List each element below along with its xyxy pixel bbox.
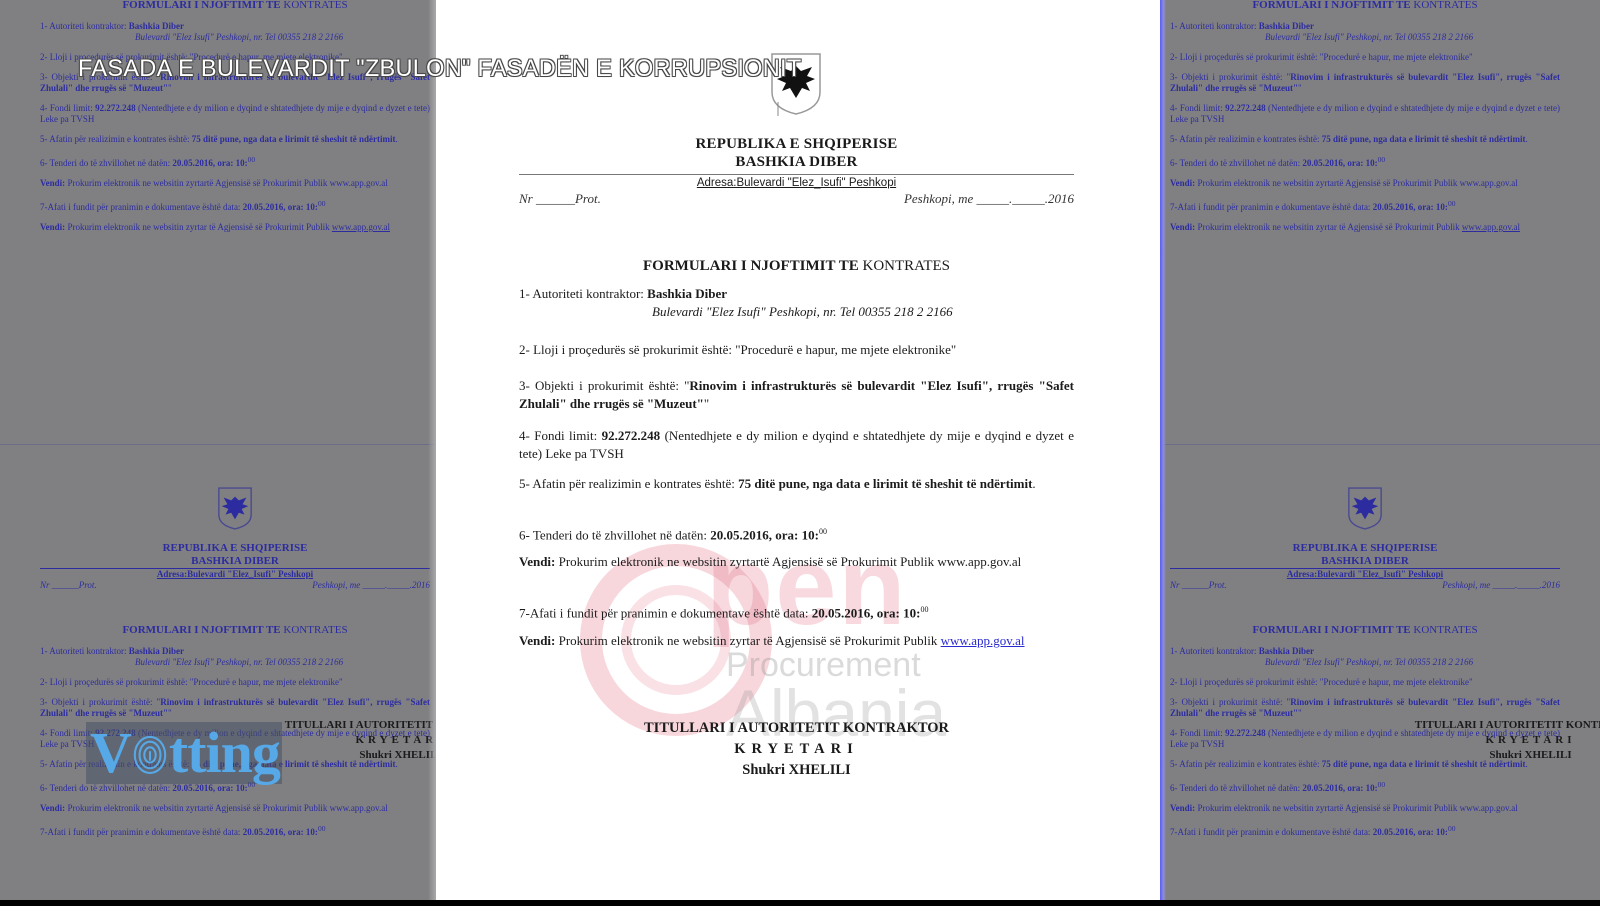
- republic-heading: REPUBLIKA E SHQIPERISE: [519, 135, 1074, 153]
- page-divider: [0, 444, 436, 445]
- left-lower-copy: REPUBLIKA E SHQIPERISE BASHKIA DIBER Adr…: [40, 485, 430, 847]
- item-procurement-object: 3- Objekti i prokurimit është: "Rinovim …: [519, 377, 1074, 413]
- document-header: REPUBLIKA E SHQIPERISE BASHKIA DIBER Adr…: [519, 135, 1074, 191]
- news-headline: FASADA E BULEVARDIT "ZBULON" FASADËN E K…: [78, 55, 802, 83]
- albanian-eagle-crest-icon: [1346, 485, 1384, 531]
- right-dimmed-page-copy: FORMULARI I NJOFTIMIT TE KONTRATES 1- Au…: [1160, 0, 1600, 900]
- signature-title: TITULLARI I AUTORITETIT KONTRAKTOR: [519, 718, 1074, 739]
- vetting-logo: V tting: [86, 722, 282, 784]
- albanian-eagle-crest-icon: [216, 485, 254, 531]
- municipality-heading: BASHKIA DIBER: [519, 153, 1074, 171]
- fingerprint-icon: [131, 732, 169, 776]
- document-date: Peshkopi, me _____._____.2016: [904, 191, 1074, 207]
- document-title: FORMULARI I NJOFTIMIT TE KONTRATES: [519, 258, 1074, 275]
- right-lower-copy: REPUBLIKA E SHQIPERISE BASHKIA DIBER Adr…: [1170, 485, 1560, 847]
- item-venue-2: Vendi: Prokurim elektronik ne websitin z…: [519, 632, 1074, 650]
- reference-line: Nr ______Prot. Peshkopi, me _____._____.…: [519, 191, 1074, 207]
- bottom-edge: [0, 900, 1600, 906]
- item-deadline: 5- Afatin për realizimin e kontrates ësh…: [519, 475, 1074, 493]
- signature-block: TITULLARI I AUTORITETIT KONTRAKTOR KRYET…: [519, 718, 1074, 781]
- page-divider: [1160, 444, 1600, 445]
- item-submission-deadline: 7-Afati i fundit për pranimin e dokument…: [519, 601, 1074, 622]
- item-fund-limit: 4- Fondi limit: 92.272.248 (Nentedhjete …: [519, 427, 1074, 463]
- address-line: Adresa:Bulevardi "Elez_Isufi" Peshkopi: [519, 175, 1074, 191]
- item-contracting-authority: 1- Autoriteti kontraktor: Bashkia Diber …: [519, 285, 1074, 321]
- right-upper-copy: FORMULARI I NJOFTIMIT TE KONTRATES 1- Au…: [1170, 0, 1560, 262]
- item-venue-1: Vendi: Prokurim elektronik ne websitin z…: [519, 553, 1074, 571]
- protocol-number: Nr ______Prot.: [519, 191, 601, 207]
- contract-notice-document: pen Procurement Albania REPUBLIKA E SHQI…: [436, 0, 1160, 900]
- signature-role: KRYETARI: [519, 739, 1074, 760]
- left-upper-copy: FORMULARI I NJOFTIMIT TE KONTRATES 1- Au…: [40, 0, 430, 262]
- signature-name: Shukri XHELILI: [519, 760, 1074, 781]
- item-tender-date: 6- Tenderi do të zhvillohet në datën: 20…: [519, 523, 1074, 544]
- authority-address: Bulevardi "Elez Isufi" Peshkopi, nr. Tel…: [519, 303, 1074, 321]
- app-gov-link[interactable]: www.app.gov.al: [941, 633, 1025, 648]
- item-procedure-type: 2- Lloji i proçedurës së prokurimit ësht…: [519, 341, 1074, 359]
